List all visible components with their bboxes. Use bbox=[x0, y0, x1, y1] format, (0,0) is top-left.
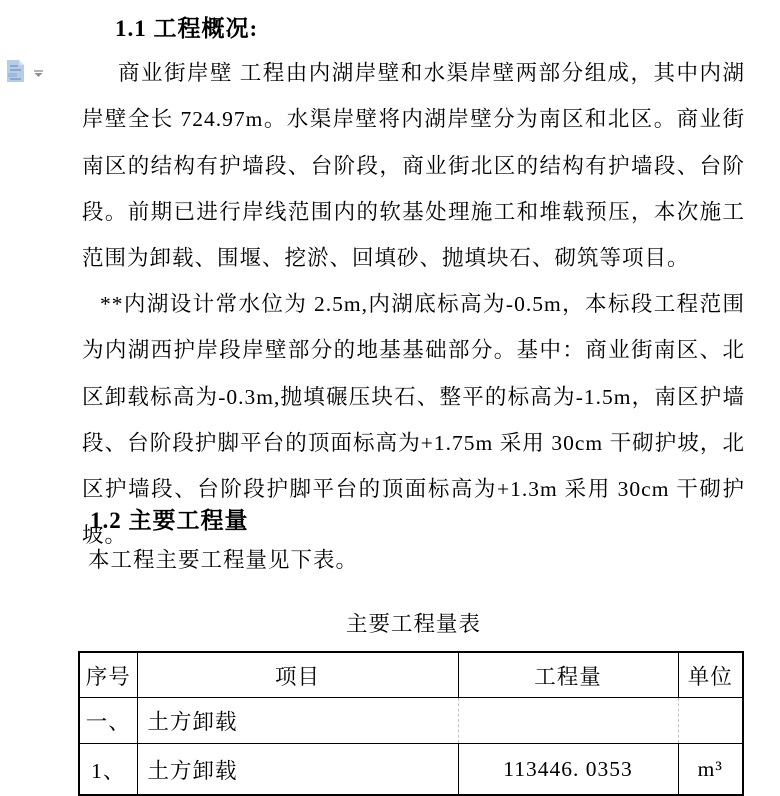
cell-qty bbox=[458, 698, 678, 744]
table-title: 主要工程量表 bbox=[82, 601, 745, 647]
paragraph-table-intro: 本工程主要工程量见下表。 bbox=[82, 537, 745, 583]
cell-qty: 113446. 0353 bbox=[458, 744, 678, 791]
col-header-unit: 单位 bbox=[678, 652, 743, 698]
heading-1-2: 1.2 主要工程量 bbox=[82, 502, 745, 535]
col-header-qty: 工程量 bbox=[458, 652, 678, 698]
paste-document-icon bbox=[6, 59, 26, 88]
cell-unit: m³ bbox=[678, 744, 743, 791]
cell-serial: 1、 bbox=[79, 744, 137, 791]
col-header-serial: 序号 bbox=[79, 652, 137, 698]
col-header-item: 项目 bbox=[137, 652, 458, 698]
cell-item: 土方卸载 bbox=[137, 698, 458, 744]
heading-1-1: 1.1 工程概况: bbox=[82, 10, 745, 43]
table-row: 1、 土方卸载 113446. 0353 m³ bbox=[79, 744, 743, 791]
cell-serial: 一、 bbox=[79, 698, 137, 744]
cell-unit bbox=[678, 698, 743, 744]
dropdown-arrow-icon[interactable] bbox=[33, 66, 44, 76]
paste-options-widget[interactable] bbox=[4, 57, 46, 85]
paragraph-overview-1: 商业街岸壁 工程由内湖岸壁和水渠岸壁两部分组成，其中内湖岸壁全长 724.97m… bbox=[82, 50, 745, 281]
document-page: 1.1 工程概况: 商业街岸壁 工程由内湖岸壁和水渠岸壁两部分组成，其中内湖岸壁… bbox=[0, 0, 780, 790]
table-header-row: 序号 项目 工程量 单位 bbox=[79, 652, 743, 698]
quantities-table: 序号 项目 工程量 单位 一、 土方卸载 1、 土方卸载 113446. 035… bbox=[78, 651, 744, 790]
cell-item: 土方卸载 bbox=[137, 744, 458, 791]
table-row-group: 一、 土方卸载 bbox=[79, 698, 743, 744]
